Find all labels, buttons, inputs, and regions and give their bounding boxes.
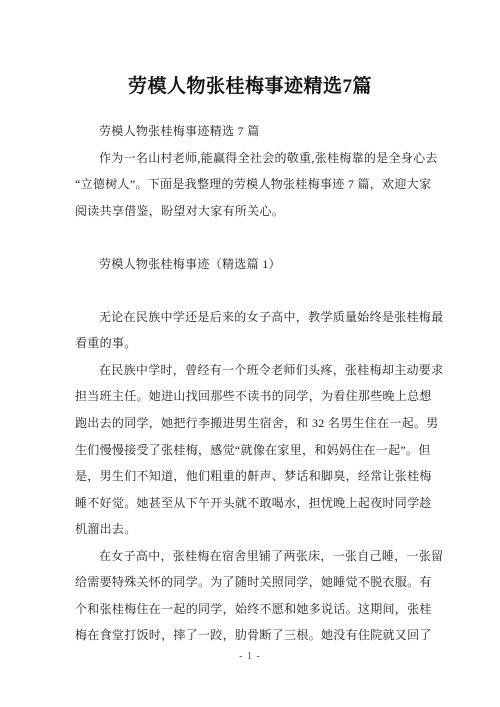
text-line: 阅读共享借鉴，盼望对大家有所关心。: [75, 198, 426, 225]
document-title: 劳模人物张桂梅事迹精选7篇: [0, 74, 500, 100]
text-line: 梅在食堂打饭时，摔了一跤，肋骨断了三根。她没有住院就又回了: [75, 622, 426, 649]
text-line: 劳模人物张桂梅事迹精选 7 篇: [75, 118, 426, 145]
text-line: 给需要特殊关怀的同学。为了随时关照同学，她睡觉不脱衣服。有: [75, 569, 426, 596]
text-line: 看重的事。: [75, 330, 426, 357]
blank-line: [75, 224, 426, 251]
text-line: 睡不好觉。她甚至从下午开头就不敢喝水，担忧晚上起夜时同学趁: [75, 490, 426, 517]
text-line: 跑出去的同学，她把行李搬进男生宿舍，和 32 名男生住在一起。男: [75, 410, 426, 437]
text-line: “立德树人”。下面是我整理的劳模人物张桂梅事迹 7 篇，欢迎大家: [75, 171, 426, 198]
text-line: 生们慢慢接受了张桂梅，感觉“就像在家里，和妈妈住在一起”。但: [75, 437, 426, 464]
text-line: 个和张桂梅住在一起的同学，始终不愿和她多说话。这期间，张桂: [75, 596, 426, 623]
blank-line: [75, 277, 426, 304]
text-line: 机溜出去。: [75, 516, 426, 543]
document-body: 劳模人物张桂梅事迹精选 7 篇作为一名山村老师,能赢得全社会的敬重,张桂梅靠的是…: [75, 118, 426, 649]
text-line: 在女子高中，张桂梅在宿舍里铺了两张床，一张自己睡，一张留: [75, 543, 426, 570]
page-number: - 1 -: [0, 650, 500, 664]
text-line: 在民族中学时，曾经有一个班令老师们头疼，张桂梅却主动要求: [75, 357, 426, 384]
text-line: 劳模人物张桂梅事迹（精选篇 1）: [75, 251, 426, 278]
text-line: 作为一名山村老师,能赢得全社会的敬重,张桂梅靠的是全身心去: [75, 145, 426, 172]
text-line: 担当班主任。她进山找回那些不读书的同学，为看住那些晚上总想: [75, 383, 426, 410]
text-line: 是，男生们不知道，他们粗重的鼾声、梦话和脚臭，经常让张桂梅: [75, 463, 426, 490]
document-page: 劳模人物张桂梅事迹精选7篇 劳模人物张桂梅事迹精选 7 篇作为一名山村老师,能赢…: [0, 0, 500, 707]
text-line: 无论在民族中学还是后来的女子高中，教学质量始终是张桂梅最: [75, 304, 426, 331]
